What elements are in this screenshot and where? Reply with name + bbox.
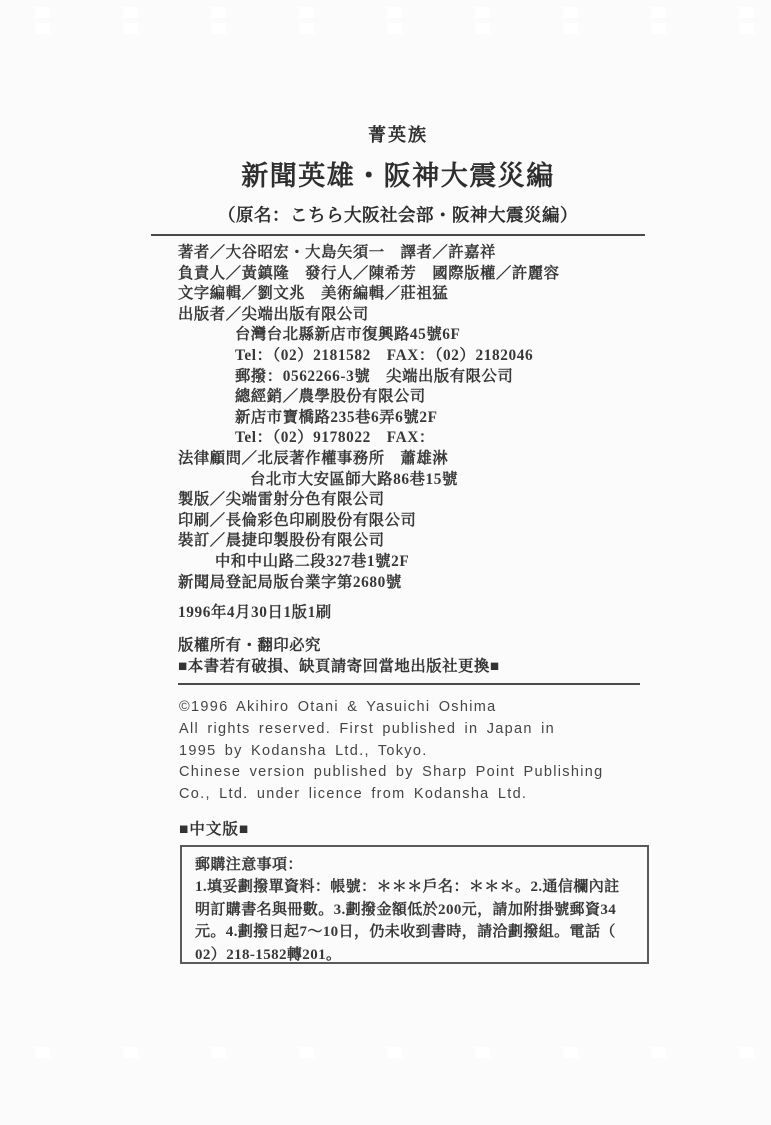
mail-order-line-1: 1.填妥劃撥單資料：帳號：＊＊＊戶名：＊＊＊。2.通信欄內註 bbox=[195, 876, 636, 898]
colophon-line-editors: 文字編輯／劉文兆 美術編輯／莊祖猛 bbox=[178, 284, 658, 305]
publication-date: 1996年4月30日1版1刷 bbox=[178, 600, 332, 622]
colophon-line-gio-registration: 新聞局登記局版台業字第2680號 bbox=[178, 573, 658, 594]
film-sprocket-marks-bottom bbox=[0, 1047, 771, 1058]
copyright-line-2: All rights reserved. First published in … bbox=[179, 719, 659, 741]
colophon-line-postal-account: 郵撥：0562266-3號 尖端出版有限公司 bbox=[235, 367, 658, 388]
colophon-line-distributor: 總經銷／農學股份有限公司 bbox=[235, 387, 658, 408]
copyright-line-1: ©1996 Akihiro Otani & Yasuichi Oshima bbox=[179, 697, 659, 719]
colophon-line-legal-addr: 台北市大安區師大路86巷15號 bbox=[250, 470, 658, 491]
mail-order-notice-box: 郵購注意事項： 1.填妥劃撥單資料：帳號：＊＊＊戶名：＊＊＊。2.通信欄內註 明… bbox=[180, 845, 649, 964]
series-title: 菁英族 bbox=[151, 121, 645, 147]
colophon-line-printing: 印刷／長倫彩色印刷股份有限公司 bbox=[178, 511, 658, 532]
colophon-credits: 著者／大谷昭宏・大島矢須一 譯者／許嘉祥 負責人／黃鎮隆 發行人／陳希芳 國際版… bbox=[178, 243, 658, 593]
film-sprocket-marks-top-row1 bbox=[0, 7, 771, 18]
divider-rule-top bbox=[151, 234, 645, 236]
colophon-line-publisher: 出版者／尖端出版有限公司 bbox=[178, 305, 658, 326]
film-sprocket-marks-top-row2 bbox=[0, 23, 771, 34]
colophon-line-distributor-addr: 新店市寶橋路235巷6弄6號2F bbox=[235, 408, 658, 429]
original-japanese-title: （原名：こちら大阪社会部・阪神大震災編） bbox=[151, 202, 645, 227]
title-block: 菁英族 新聞英雄・阪神大震災編 （原名：こちら大阪社会部・阪神大震災編） bbox=[151, 121, 645, 227]
damaged-copy-notice: ■本書若有破損、缺頁請寄回當地出版社更換■ bbox=[178, 656, 500, 677]
chinese-edition-marker: ■中文版■ bbox=[179, 817, 249, 839]
mail-order-line-3: 元。4.劃撥日起7～10日，仍未收到書時，請洽劃撥組。電話（ bbox=[195, 921, 636, 943]
colophon-line-publisher-addr: 台灣台北縣新店市復興路45號6F bbox=[235, 325, 658, 346]
divider-rule-middle bbox=[178, 683, 640, 685]
colophon-line-author: 著者／大谷昭宏・大島矢須一 譯者／許嘉祥 bbox=[178, 243, 658, 264]
mail-order-heading: 郵購注意事項： bbox=[195, 854, 636, 876]
colophon-line-publisher-tel: Tel：（02）2181582 FAX：（02）2182046 bbox=[235, 346, 658, 367]
scanned-page: 菁英族 新聞英雄・阪神大震災編 （原名：こちら大阪社会部・阪神大震災編） 著者／… bbox=[0, 0, 771, 1125]
mail-order-line-2: 明訂購書名與冊數。3.劃撥金額低於200元，請加附掛號郵資34 bbox=[195, 899, 636, 921]
colophon-line-binding: 裝訂／晨捷印製股份有限公司 bbox=[178, 531, 658, 552]
copyright-line-3: 1995 by Kodansha Ltd., Tokyo. bbox=[179, 741, 659, 763]
colophon-line-distributor-tel: Tel：（02）9178022 FAX： bbox=[235, 428, 658, 449]
mail-order-line-4: 02）218-1582轉201。 bbox=[195, 944, 636, 966]
rights-reserved-line: 版權所有・翻印必究 bbox=[178, 635, 500, 656]
rights-notice: 版權所有・翻印必究 ■本書若有破損、缺頁請寄回當地出版社更換■ bbox=[178, 635, 500, 677]
english-copyright-block: ©1996 Akihiro Otani & Yasuichi Oshima Al… bbox=[179, 697, 659, 806]
colophon-line-director: 負責人／黃鎮隆 發行人／陳希芳 國際版權／許麗容 bbox=[178, 264, 658, 285]
book-title: 新聞英雄・阪神大震災編 bbox=[151, 154, 645, 193]
colophon-line-binding-addr: 中和中山路二段327巷1號2F bbox=[215, 552, 658, 573]
colophon-line-legal-advisor: 法律顧問／北辰著作權事務所 蕭雄淋 bbox=[178, 449, 658, 470]
copyright-line-5: Co., Ltd. under licence from Kodansha Lt… bbox=[179, 784, 659, 806]
copyright-line-4: Chinese version published by Sharp Point… bbox=[179, 762, 659, 784]
colophon-line-plate-making: 製版／尖端雷射分色有限公司 bbox=[178, 490, 658, 511]
